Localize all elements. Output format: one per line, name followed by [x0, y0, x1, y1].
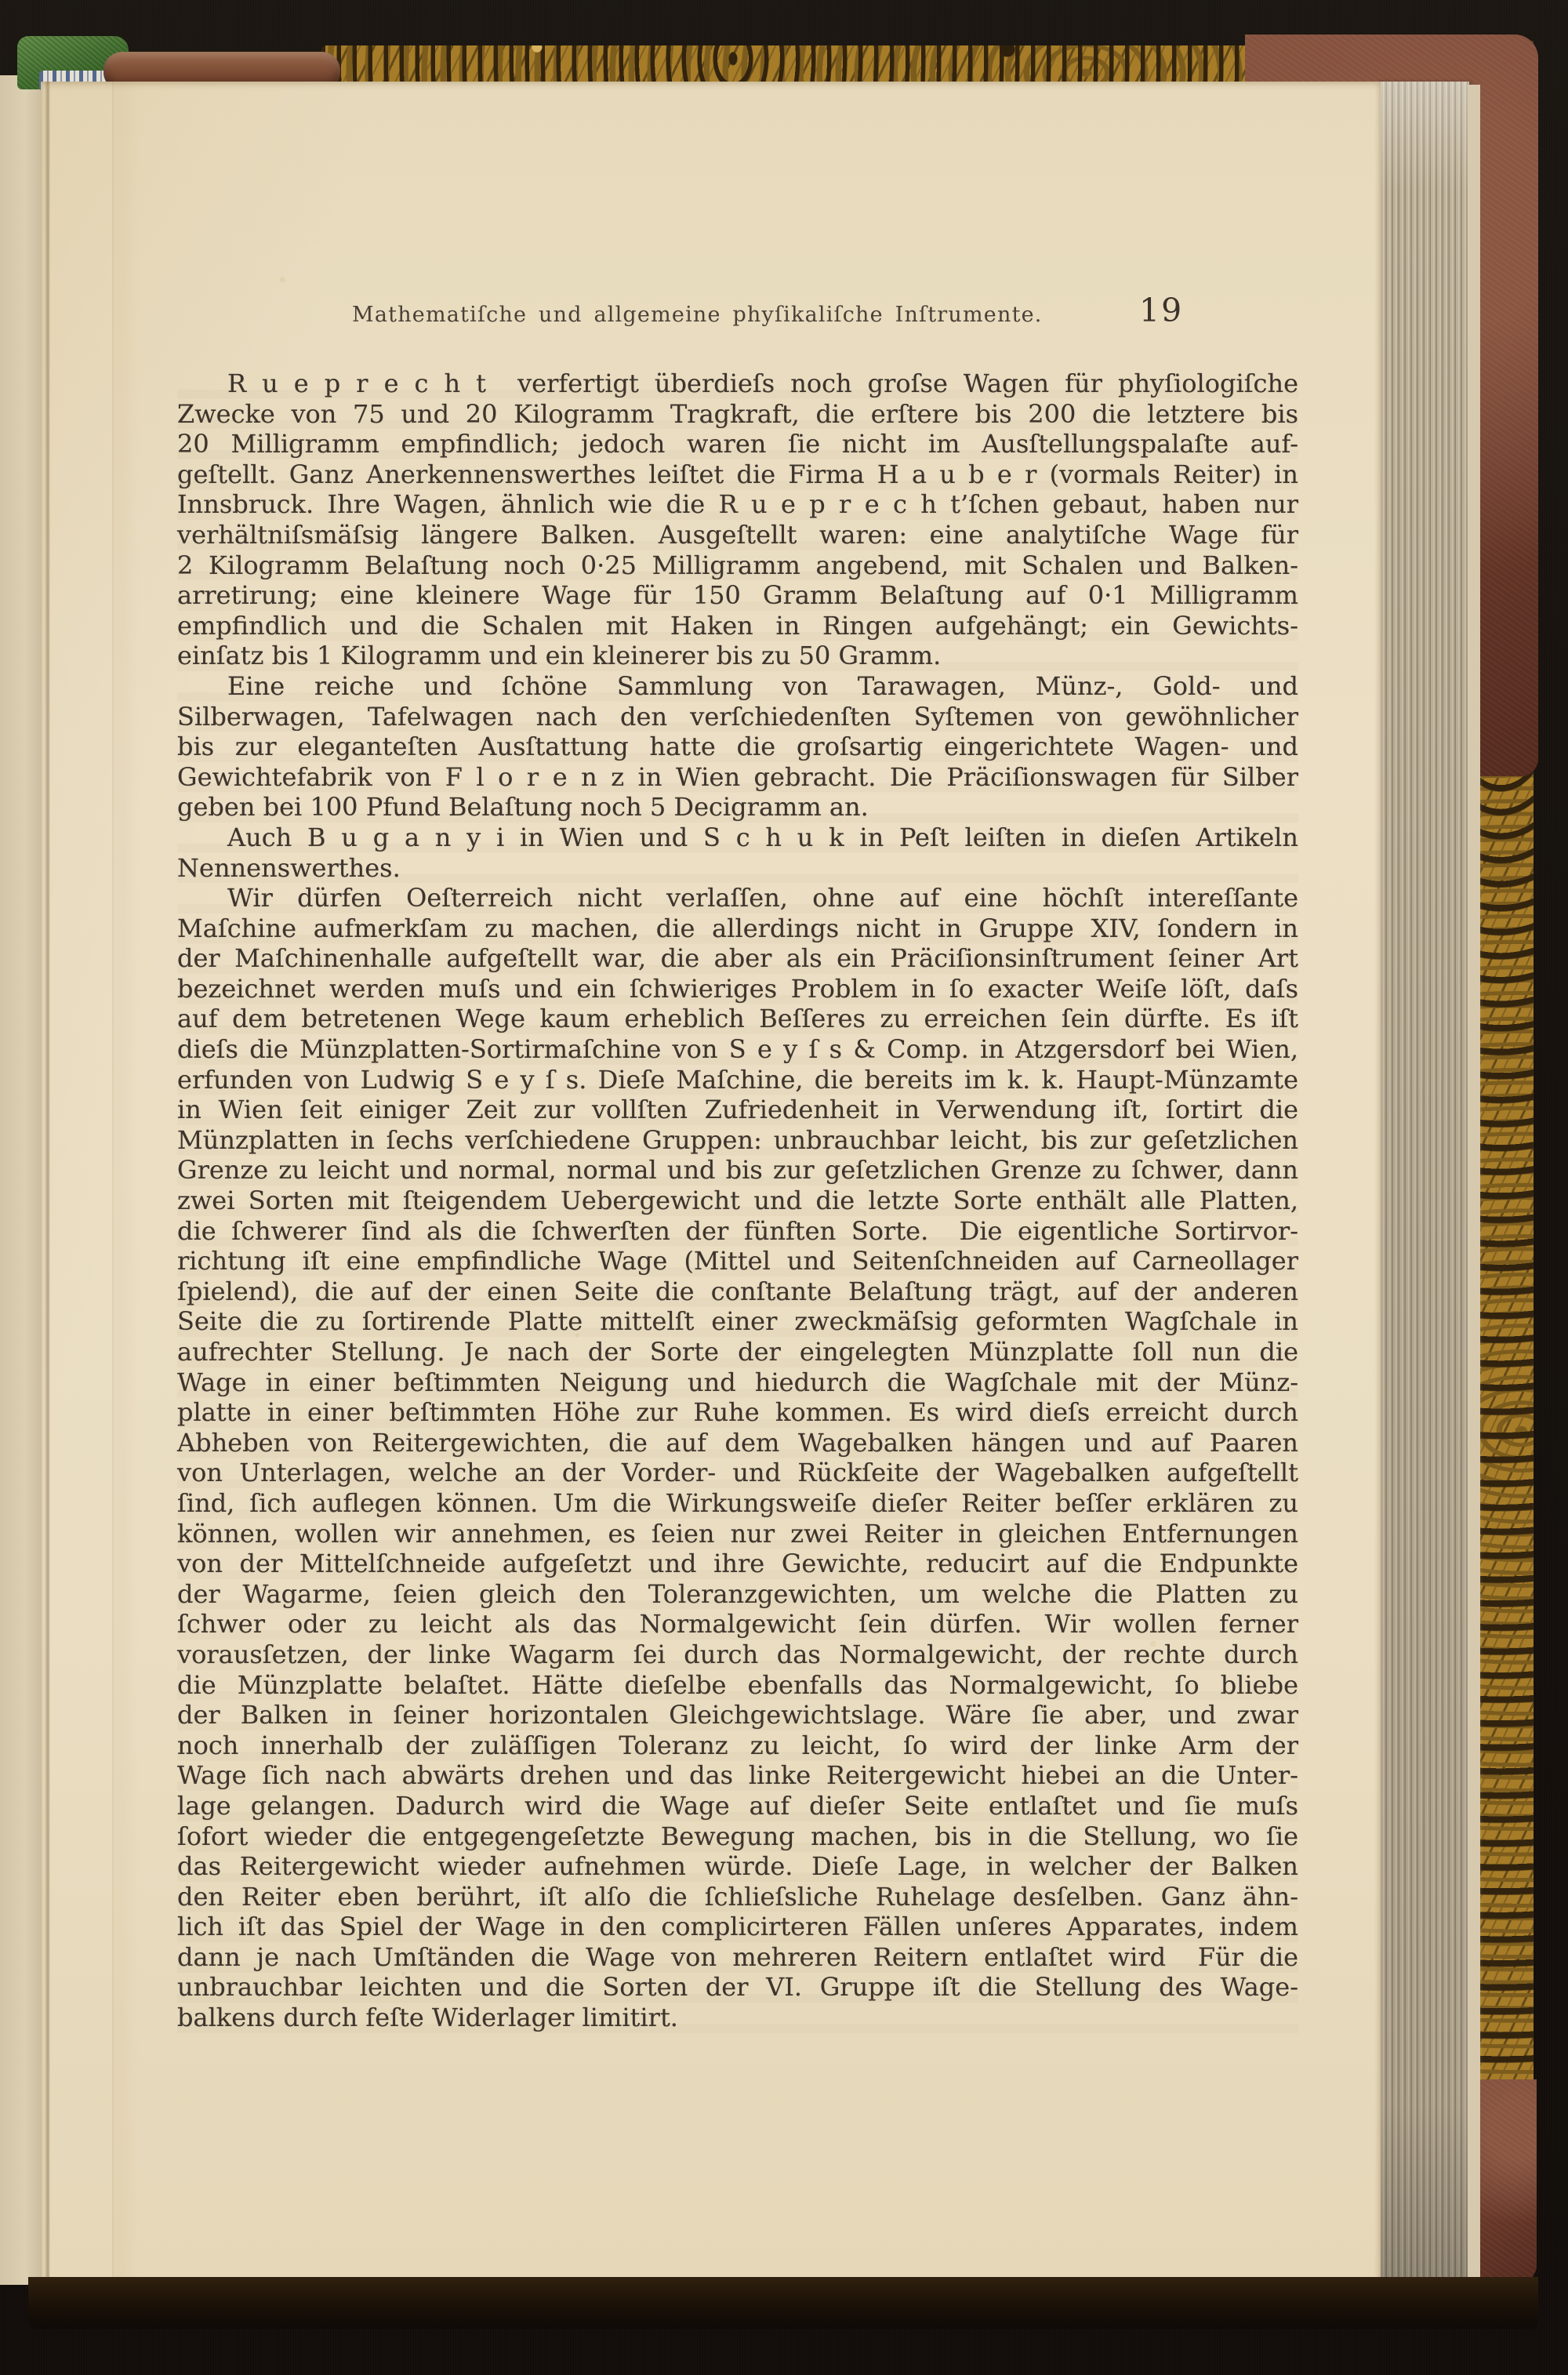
text-line: dieſs die Münzplatten-Sortirmaſchine von…: [177, 1034, 1298, 1065]
text-line: verhältniſsmäſsig längere Balken. Ausgeſ…: [177, 520, 1298, 550]
page-number: 19: [1139, 292, 1183, 329]
text-line: geben bei 100 Pfund Belaſtung noch 5 Dec…: [177, 792, 1298, 823]
text-line: aufrechter Stellung. Je nach der Sorte d…: [177, 1337, 1298, 1367]
text-line: der Maſchinenhalle aufgeſtellt war, die …: [177, 943, 1298, 974]
text-line: balkens durch feſte Widerlager limitirt.: [177, 2003, 1298, 2033]
gutter-crease: [45, 82, 50, 2282]
text-line: Auch B u g a n y i in Wien und S c h u k…: [177, 823, 1298, 853]
text-line: die Münzplatte belaſtet. Hätte dieſelbe …: [177, 1670, 1298, 1701]
text-line: geſtellt. Ganz Anerkennenswerthes leiſte…: [177, 459, 1298, 490]
text-line: noch innerhalb der zuläſſigen Toleranz z…: [177, 1730, 1298, 1761]
fore-edge-inner-strip: [1468, 85, 1480, 2277]
bottom-cover-edge: [28, 2277, 1538, 2329]
text-line: Wir dürfen Oeſterreich nicht verlaſſen, …: [177, 883, 1298, 913]
text-line: 20 Milligramm empfindlich; jedoch waren …: [177, 429, 1298, 459]
text-line: R u e p r e c h t verfertigt überdieſs n…: [177, 369, 1298, 399]
fore-edge-page-stack: [1377, 82, 1469, 2280]
text-line: Silberwagen, Tafelwagen nach den verſchi…: [177, 702, 1298, 732]
text-line: lage gelangen. Dadurch wird die Wage auf…: [177, 1791, 1298, 1821]
text-block: R u e p r e c h t verfertigt überdieſs n…: [177, 369, 1298, 2033]
underlying-page-edge: [0, 75, 42, 2285]
text-line: ſind, ſich auflegen können. Um die Wirku…: [177, 1488, 1298, 1519]
book-scan: Mathematiſche und allgemeine phyſikaliſc…: [0, 0, 1568, 2375]
text-line: Seite die zu ſortirende Platte mittelſt …: [177, 1306, 1298, 1337]
text-line: richtung iſt eine empfindliche Wage (Mit…: [177, 1246, 1298, 1276]
text-line: können, wollen wir annehmen, es ſeien nu…: [177, 1519, 1298, 1549]
text-line: von der Mittelſchneide aufgeſetzt und ih…: [177, 1549, 1298, 1579]
text-line: Wage in einer beſtimmten Neigung und hie…: [177, 1367, 1298, 1398]
text-line: Maſchine aufmerkſam zu machen, die aller…: [177, 913, 1298, 944]
text-line: Innsbruck. Ihre Wagen, ähnlich wie die R…: [177, 489, 1298, 520]
text-line: erfunden von Ludwig S e y ſ s. Dieſe Maſ…: [177, 1065, 1298, 1095]
running-title: Mathematiſche und allgemeine phyſikaliſc…: [352, 303, 1043, 327]
text-line: bezeichnet werden muſs und ein ſchwierig…: [177, 974, 1298, 1004]
text-line: der Balken in ſeiner horizontalen Gleich…: [177, 1700, 1298, 1730]
text-line: in Wien ſeit einiger Zeit zur vollſten Z…: [177, 1095, 1298, 1125]
text-line: Münzplatten in ſechs verſchiedene Gruppe…: [177, 1125, 1298, 1156]
text-line: Wage ſich nach abwärts drehen und das li…: [177, 1760, 1298, 1791]
text-line: das Reitergewicht wieder aufnehmen würde…: [177, 1851, 1298, 1882]
text-line: platte in einer beſtimmten Höhe zur Ruhe…: [177, 1397, 1298, 1428]
page-fold-shade: [112, 82, 139, 2282]
text-line: dann je nach Umſtänden die Wage von mehr…: [177, 1942, 1298, 1973]
text-line: der Wagarme, ſeien gleich den Toleranzge…: [177, 1579, 1298, 1610]
leather-corner-bottom-right: [1471, 2079, 1537, 2280]
text-line: empfindlich und die Schalen mit Haken in…: [177, 611, 1298, 641]
text-line: von Unterlagen, welche an der Vorder- un…: [177, 1458, 1298, 1488]
text-line: den Reiter eben berührt, iſt alſo die ſc…: [177, 1882, 1298, 1912]
text-line: vorausſetzen, der linke Wagarm ſei durch…: [177, 1640, 1298, 1670]
text-line: Zwecke von 75 und 20 Kilogramm Tragkraft…: [177, 399, 1298, 430]
text-line: ſofort wieder die entgegengeſetzte Beweg…: [177, 1821, 1298, 1852]
text-line: ſpielend), die auf der einen Seite die c…: [177, 1276, 1298, 1307]
text-line: lich iſt das Spiel der Wage in den compl…: [177, 1912, 1298, 1942]
text-line: Abheben von Reitergewichten, die auf dem…: [177, 1428, 1298, 1458]
book-page: Mathematiſche und allgemeine phyſikaliſc…: [41, 82, 1381, 2282]
text-line: Grenze zu leicht und normal, normal und …: [177, 1155, 1298, 1186]
text-line: 2 Kilogramm Belaſtung noch 0·25 Milligra…: [177, 550, 1298, 581]
text-line: einſatz bis 1 Kilogramm und ein kleinere…: [177, 641, 1298, 671]
text-line: die ſchwerer ſind als die ſchwerſten der…: [177, 1216, 1298, 1247]
text-line: unbrauchbar leichten und die Sorten der …: [177, 1972, 1298, 2003]
text-line: Nennenswerthes.: [177, 853, 1298, 884]
text-line: auf dem betretenen Wege kaum erheblich B…: [177, 1004, 1298, 1034]
text-line: bis zur eleganteſten Ausſtattung hatte d…: [177, 732, 1298, 762]
text-line: zwei Sorten mit ſteigendem Uebergewicht …: [177, 1186, 1298, 1216]
text-line: arretirung; eine kleinere Wage für 150 G…: [177, 580, 1298, 611]
text-line: ſchwer oder zu leicht als das Normalgewi…: [177, 1609, 1298, 1640]
text-line: Gewichtefabrik von F l o r e n z in Wien…: [177, 762, 1298, 793]
text-line: Eine reiche und ſchöne Sammlung von Tara…: [177, 671, 1298, 702]
